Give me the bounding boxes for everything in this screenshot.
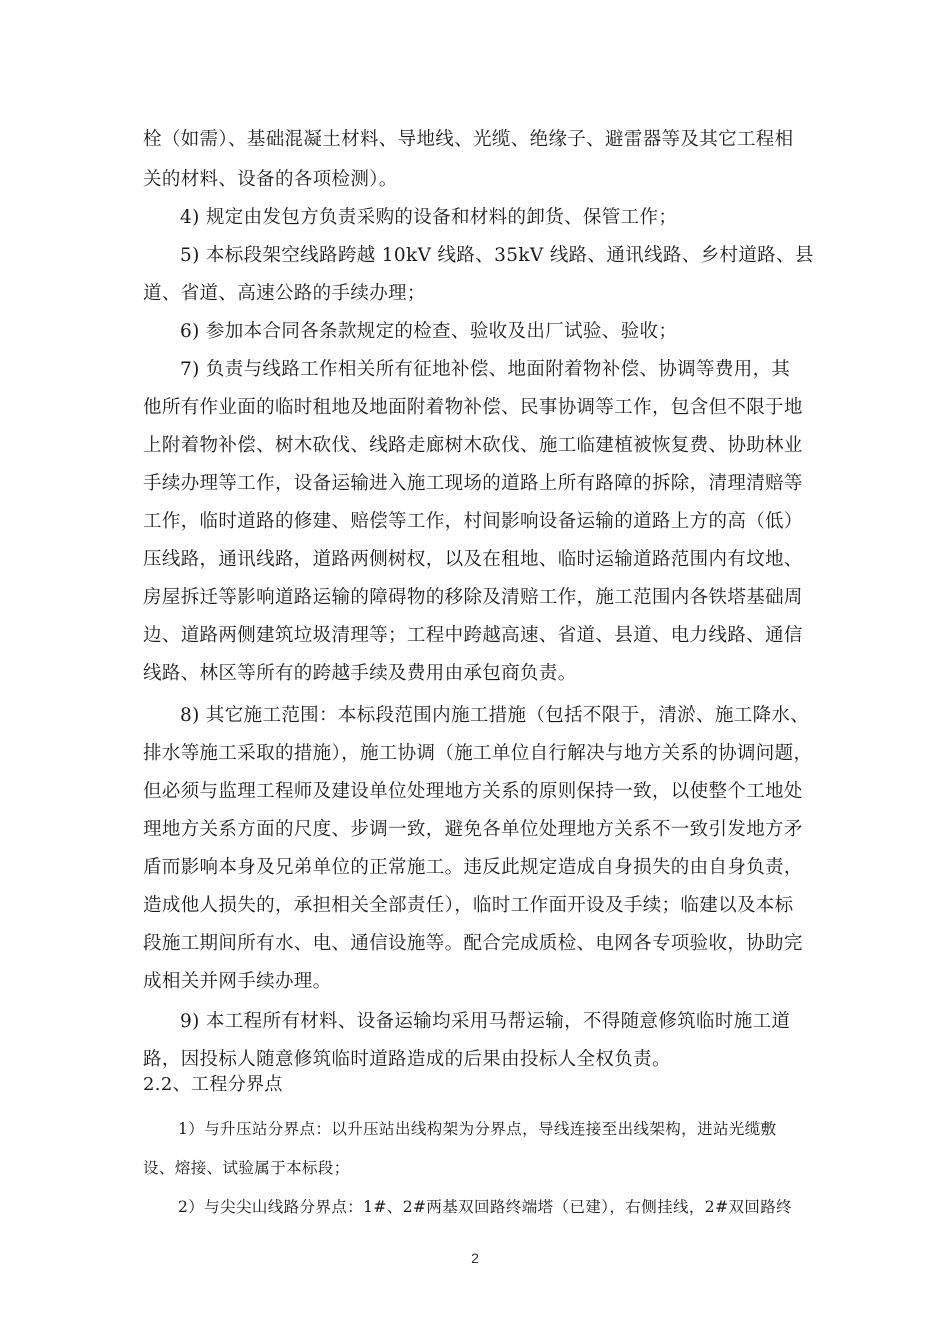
list-item-5: 5) 本标段架空线路跨越 10kV 线路、35kV 线路、通讯线路、乡村道路、县: [180, 244, 807, 268]
text-line: 排水等施工采取的措施），施工协调（施工单位自行解决与地方关系的协调问题，: [143, 742, 807, 766]
text-line: 他所有作业面的临时租地及地面附着物补偿、民事协调等工作，包含但不限于地: [143, 396, 807, 420]
boundary-item-1: 1）与升压站分界点：以升压站出线构架为分界点，导线连接至出线架构，进站光缆敷: [178, 1117, 805, 1141]
text-line: 造成他人损失的，承担相关全部责任），临时工作面开设及手续；临建以及本标: [143, 894, 807, 918]
text-line: 关的材料、设备的各项检测）。: [143, 168, 807, 192]
text-line: 房屋拆迁等影响道路运输的障碍物的移除及清赔工作，施工范围内各铁塔基础周: [143, 586, 807, 610]
list-item-6: 6) 参加本合同各条款规定的检查、验收及出厂试验、验收；: [180, 320, 807, 344]
text-line: 手续办理等工作，设备运输进入施工现场的道路上所有路障的拆除，清理清赔等: [143, 472, 807, 496]
list-item-8: 8) 其它施工范围：本标段范围内施工措施（包括不限于，清淤、施工降水、: [180, 704, 807, 728]
text-line: 栓（如需）、基础混凝土材料、导地线、光缆、绝缘子、避雷器等及其它工程相: [143, 128, 807, 152]
text-line: 压线路，通讯线路，道路两侧树杈，以及在租地、临时运输道路范围内有坟地、: [143, 548, 807, 572]
text-line: 段施工期间所有水、电、通信设施等。配合完成质检、电网各专项验收，协助完: [143, 932, 807, 956]
text-line: 理地方关系方面的尺度、步调一致，避免各单位处理地方关系不一致引发地方矛: [143, 818, 807, 842]
document-page: 栓（如需）、基础混凝土材料、导地线、光缆、绝缘子、避雷器等及其它工程相 关的材料…: [0, 0, 950, 1343]
text-line: 上附着物补偿、树木砍伐、线路走廊树木砍伐、施工临建植被恢复费、协助林业: [143, 434, 807, 458]
list-item-7: 7) 负责与线路工作相关所有征地补偿、地面附着物补偿、协调等费用，其: [180, 358, 807, 382]
text-line: 边、道路两侧建筑垃圾清理等；工程中跨越高速、省道、县道、电力线路、通信: [143, 624, 807, 648]
section-heading: 2.2、工程分界点: [143, 1073, 807, 1097]
list-item-9: 9) 本工程所有材料、设备运输均采用马帮运输，不得随意修筑临时施工道: [180, 1010, 807, 1034]
boundary-item-2: 2）与尖尖山线路分界点：1#、2#两基双回路终端塔（已建），右侧挂线，2#双回路…: [178, 1195, 805, 1219]
text-line: 道、省道、高速公路的手续办理；: [143, 282, 807, 306]
text-line: 盾而影响本身及兄弟单位的正常施工。违反此规定造成自身损失的由自身负责，: [143, 856, 807, 880]
page-number: 2: [0, 1250, 950, 1266]
text-line: 线路、林区等所有的跨越手续及费用由承包商负责。: [143, 662, 807, 686]
text-line: 设、熔接、试验属于本标段；: [143, 1156, 807, 1180]
text-line: 成相关并网手续办理。: [143, 970, 807, 994]
text-line: 但必须与监理工程师及建设单位处理地方关系的原则保持一致，以使整个工地处: [143, 780, 807, 804]
list-item-4: 4) 规定由发包方负责采购的设备和材料的卸货、保管工作；: [180, 206, 807, 230]
text-line: 工作，临时道路的修建、赔偿等工作，村间影响设备运输的道路上方的高（低）: [143, 510, 807, 534]
text-line: 路，因投标人随意修筑临时道路造成的后果由投标人全权负责。: [143, 1048, 807, 1072]
